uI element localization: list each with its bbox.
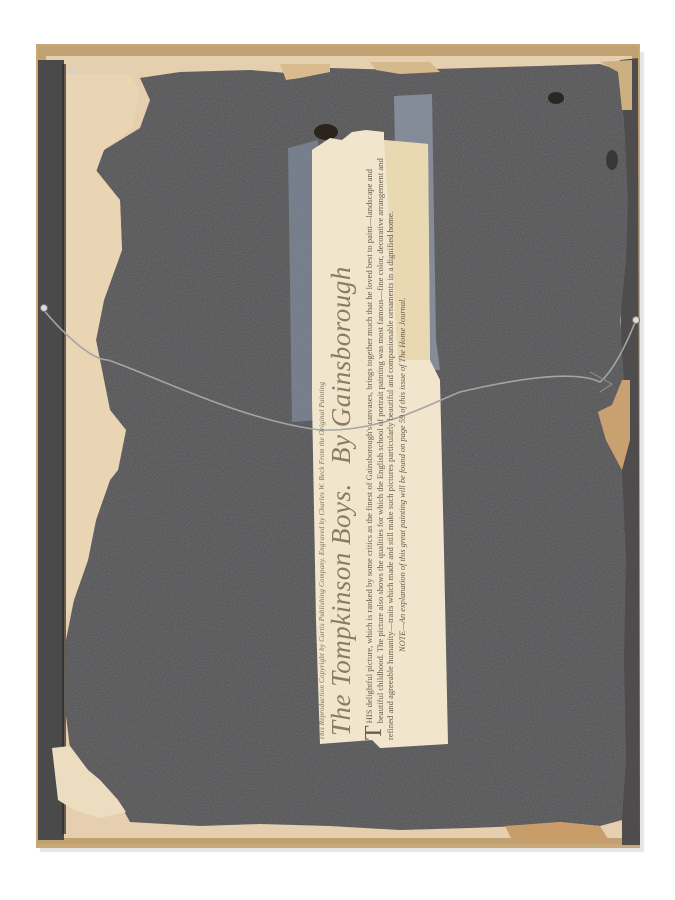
label-body-text: HIS delightful picture, which is ranked … xyxy=(364,158,395,740)
wire-screw-eye-left xyxy=(41,305,48,312)
frame-left-strip xyxy=(38,60,64,840)
wire-screw-eye-right xyxy=(633,317,640,324)
label-credit-line: This Reproduction Copyright by Curtis Pu… xyxy=(318,382,326,740)
hole-damage xyxy=(314,124,338,140)
frame-back-photo: This Reproduction Copyright by Curtis Pu… xyxy=(0,0,675,900)
label-title: The Tompkinson Boys. xyxy=(326,483,356,736)
print-label: This Reproduction Copyright by Curtis Pu… xyxy=(312,148,420,748)
label-note: NOTE—An explanation of this great painti… xyxy=(398,298,407,652)
label-drop-cap: T xyxy=(364,725,384,740)
label-byline: By Gainsborough xyxy=(326,266,356,464)
label-title-line: The Tompkinson Boys. By Gainsborough xyxy=(326,266,357,736)
label-body: T HIS delightful picture, which is ranke… xyxy=(364,150,396,740)
